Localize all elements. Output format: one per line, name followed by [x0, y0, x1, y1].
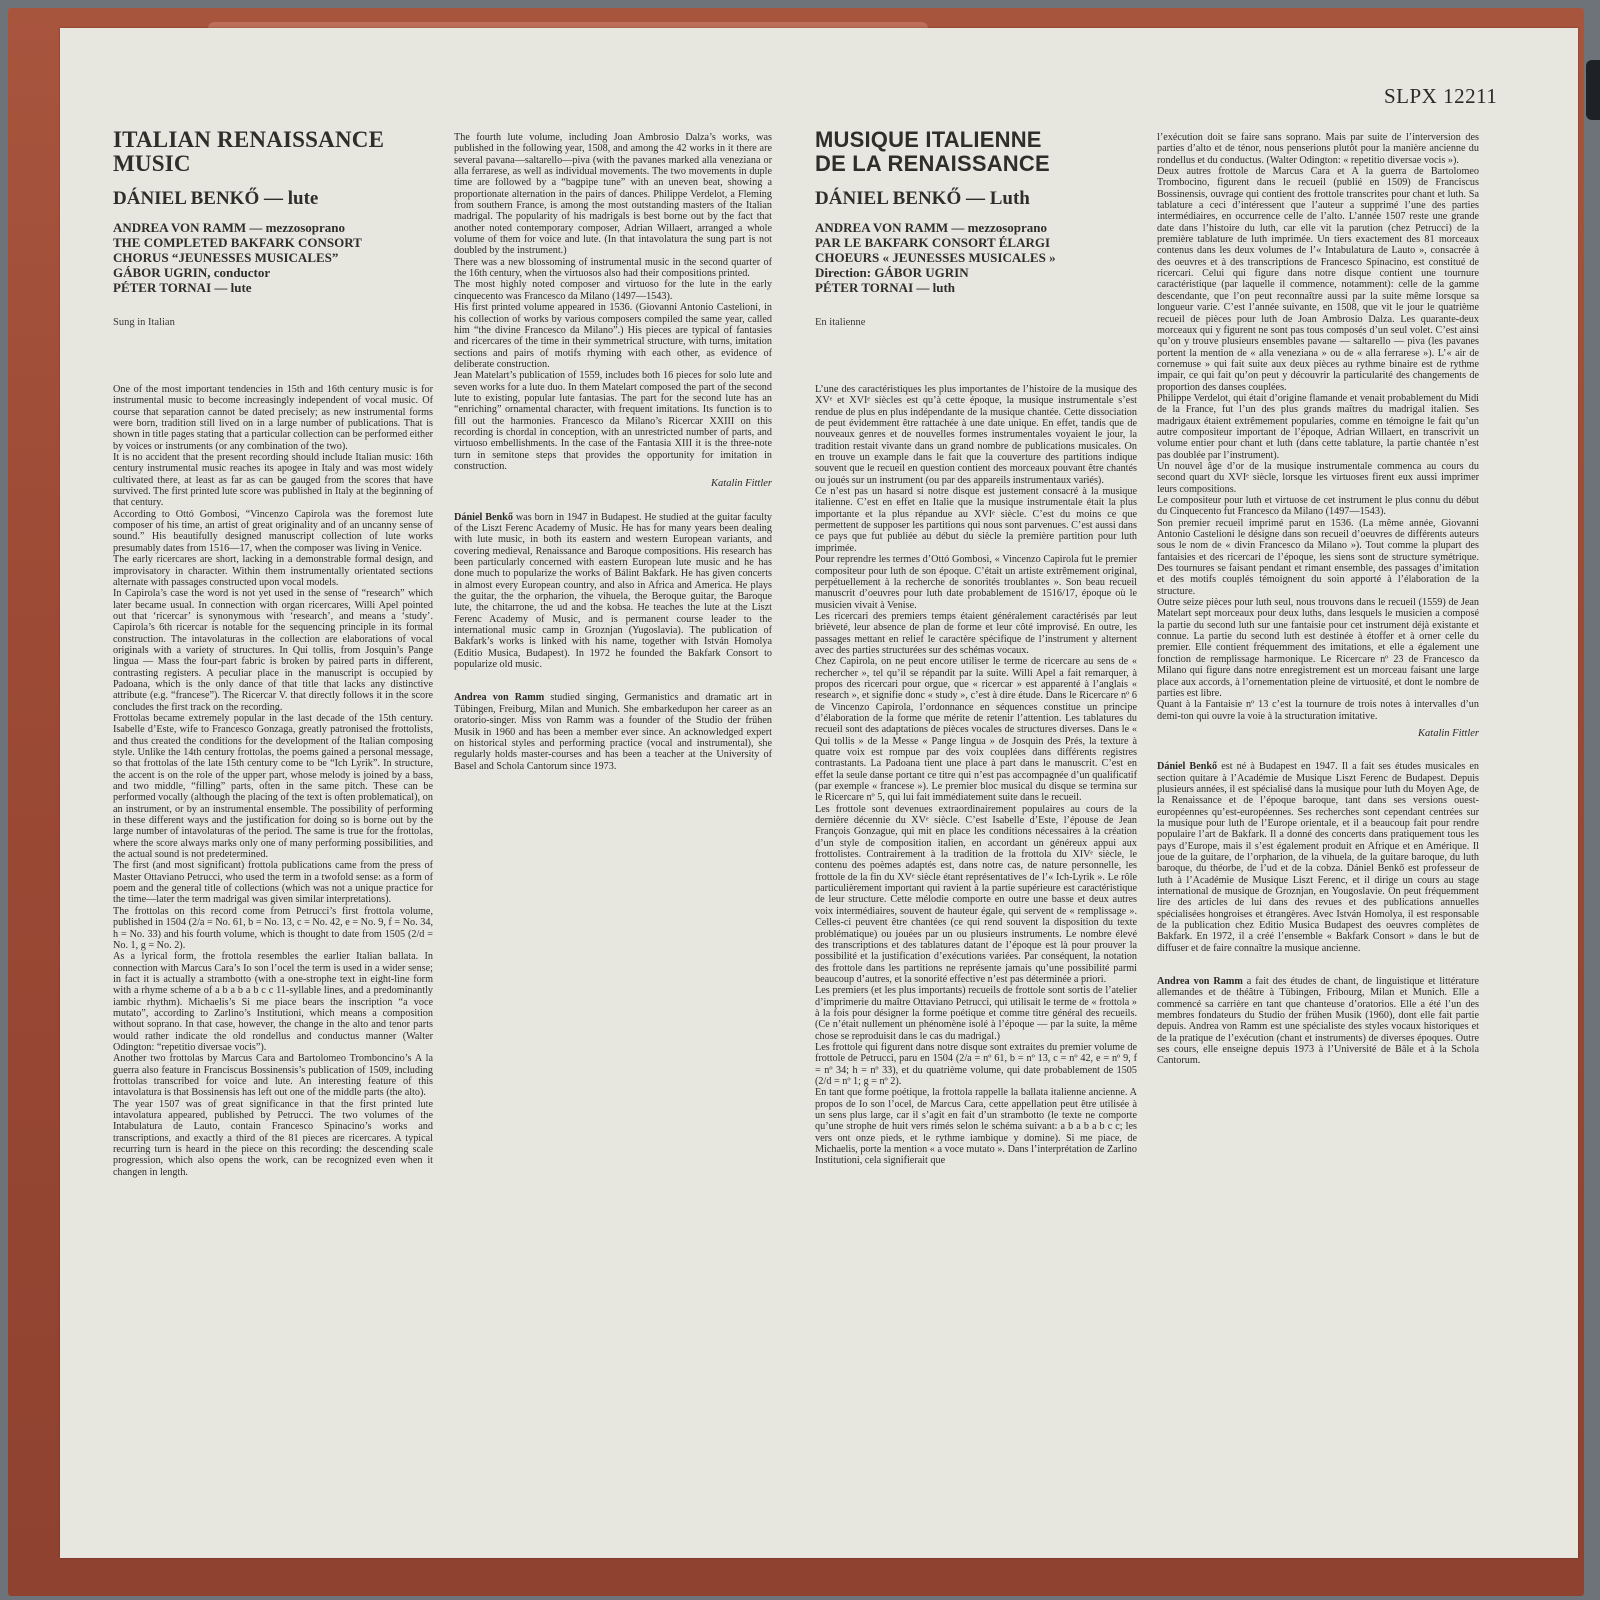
credit-line: THE COMPLETED BAKFARK CONSORT: [113, 235, 433, 250]
credit-line: PÉTER TORNAI — luth: [815, 280, 1137, 295]
english-bio-ramm: Andrea von Ramm studied singing, Germani…: [454, 692, 772, 771]
credit-line: CHOEURS « JEUNESSES MUSICALES »: [815, 250, 1137, 265]
credit-line: GÁBOR UGRIN, conductor: [113, 265, 433, 280]
paragraph: L’une des caractéristiques les plus impo…: [815, 384, 1137, 486]
bio-text: studied singing, Germanistics and dramat…: [454, 692, 772, 771]
french-title: MUSIQUE ITALIENNE DE LA RENAISSANCE: [815, 128, 1137, 176]
paragraph: The frottolas on this record come from P…: [113, 906, 433, 951]
paragraph: Ce n’est pas un hasard si notre disque e…: [815, 486, 1137, 554]
paragraph: Quant à la Fantaisie nº 13 c’est la tour…: [1157, 699, 1479, 722]
english-column-2: The fourth lute volume, including Joan A…: [454, 132, 772, 772]
paragraph: Son premier recueil imprimé parut en 153…: [1157, 518, 1479, 597]
paragraph: As a lyrical form, the frottola resemble…: [113, 951, 433, 1053]
paragraph: The first (and most significant) frottol…: [113, 860, 433, 905]
english-credits: ANDREA VON RAMM — mezzosoprano THE COMPL…: [113, 220, 433, 295]
catalog-number: SLPX 12211: [1384, 84, 1497, 109]
paragraph: Les premiers (et les plus importants) re…: [815, 985, 1137, 1042]
english-language-note: Sung in Italian: [113, 317, 433, 328]
background-object: [1586, 60, 1600, 120]
french-title-line-1: MUSIQUE ITALIENNE: [815, 128, 1137, 152]
bio-name: Dániel Benkő: [1157, 761, 1217, 772]
credit-line: CHORUS “JEUNESSES MUSICALES”: [113, 250, 433, 265]
paragraph: Les frottole sont devenues extraordinair…: [815, 804, 1137, 986]
bio-name: Andrea von Ramm: [454, 692, 544, 703]
paragraph: The most highly noted composer and virtu…: [454, 279, 772, 302]
french-bio-ramm: Andrea von Ramm a fait des études de cha…: [1157, 976, 1479, 1067]
credit-line: Direction: GÁBOR UGRIN: [815, 265, 1137, 280]
french-bio-benko: Dániel Benkő est né à Budapest en 1947. …: [1157, 761, 1479, 954]
credit-line: ANDREA VON RAMM — mezzosoprano: [113, 220, 433, 235]
credit-line: PÉTER TORNAI — lute: [113, 280, 433, 295]
paragraph: Deux autres frottole de Marcus Cara et A…: [1157, 166, 1479, 393]
english-signature: Katalin Fittler: [454, 478, 772, 489]
english-soloist: DÁNIEL BENKŐ — lute: [113, 188, 433, 210]
paragraph: The year 1507 was of great significance …: [113, 1099, 433, 1178]
paragraph: The fourth lute volume, including Joan A…: [454, 132, 772, 257]
paragraph: His first printed volume appeared in 153…: [454, 302, 772, 370]
french-notes-body-2: l’exécution doit se faire sans soprano. …: [1157, 132, 1479, 1067]
paragraph: Another two frottolas by Marcus Cara and…: [113, 1053, 433, 1098]
paragraph: The early ricercares are short, lacking …: [113, 554, 433, 588]
credit-line: ANDREA VON RAMM — mezzosoprano: [815, 220, 1137, 235]
bio-name: Andrea von Ramm: [1157, 976, 1243, 987]
french-signature: Katalin Fittler: [1157, 728, 1479, 739]
english-bio-benko: Dániel Benkő was born in 1947 in Budapes…: [454, 512, 772, 671]
english-title: ITALIAN RENAISSANCE MUSIC: [113, 128, 433, 176]
paragraph: Les ricercari des premiers temps étaient…: [815, 611, 1137, 656]
paragraph: Un nouvel âge d’or de la musique instrum…: [1157, 461, 1479, 495]
english-title-line-1: ITALIAN RENAISSANCE: [113, 128, 433, 152]
french-notes-body-1: L’une des caractéristiques les plus impo…: [815, 384, 1137, 1167]
french-soloist: DÁNIEL BENKŐ — Luth: [815, 188, 1137, 210]
english-title-line-2: MUSIC: [113, 152, 433, 176]
paragraph: It is no accident that the present recor…: [113, 452, 433, 509]
paragraph: Chez Capirola, on ne peut encore utilise…: [815, 656, 1137, 803]
paragraph: Frottolas became extremely popular in th…: [113, 713, 433, 860]
paragraph: Les frottole qui figurent dans notre dis…: [815, 1042, 1137, 1087]
french-column-2: l’exécution doit se faire sans soprano. …: [1157, 132, 1479, 1067]
english-notes-body-1: One of the most important tendencies in …: [113, 384, 433, 1178]
paragraph: Pour reprendre les termes d’Ottó Gombosi…: [815, 554, 1137, 611]
french-language-note: En italienne: [815, 317, 1137, 328]
paragraph: Philippe Verdelot, qui était d’origine f…: [1157, 393, 1479, 461]
credit-line: PAR LE BAKFARK CONSORT ÉLARGI: [815, 235, 1137, 250]
paragraph: One of the most important tendencies in …: [113, 384, 433, 452]
french-title-line-2: DE LA RENAISSANCE: [815, 152, 1137, 176]
paragraph: Outre seize pièces pour luth seul, nous …: [1157, 597, 1479, 699]
bio-text: a fait des études de chant, de linguisti…: [1157, 976, 1479, 1066]
paragraph: In Capirola’s case the word is not yet u…: [113, 588, 433, 713]
french-column-1: MUSIQUE ITALIENNE DE LA RENAISSANCE DÁNI…: [815, 128, 1137, 1167]
bio-text: est né à Budapest en 1947. Il a fait ses…: [1157, 761, 1479, 954]
french-credits: ANDREA VON RAMM — mezzosoprano PAR LE BA…: [815, 220, 1137, 295]
paragraph: Jean Matelart’s publication of 1559, inc…: [454, 370, 772, 472]
paragraph: l’exécution doit se faire sans soprano. …: [1157, 132, 1479, 166]
paragraph: Le compositeur pour luth et virtuose de …: [1157, 495, 1479, 518]
bio-name: Dániel Benkő: [454, 512, 513, 523]
paragraph: En tant que forme poétique, la frottola …: [815, 1087, 1137, 1166]
paragraph: According to Ottó Gombosi, “Vincenzo Cap…: [113, 509, 433, 554]
english-notes-body-2: The fourth lute volume, including Joan A…: [454, 132, 772, 772]
english-column-1: ITALIAN RENAISSANCE MUSIC DÁNIEL BENKŐ —…: [113, 128, 433, 1178]
bio-text: was born in 1947 in Budapest. He studied…: [454, 512, 772, 670]
paragraph: There was a new blossoming of instrument…: [454, 257, 772, 280]
